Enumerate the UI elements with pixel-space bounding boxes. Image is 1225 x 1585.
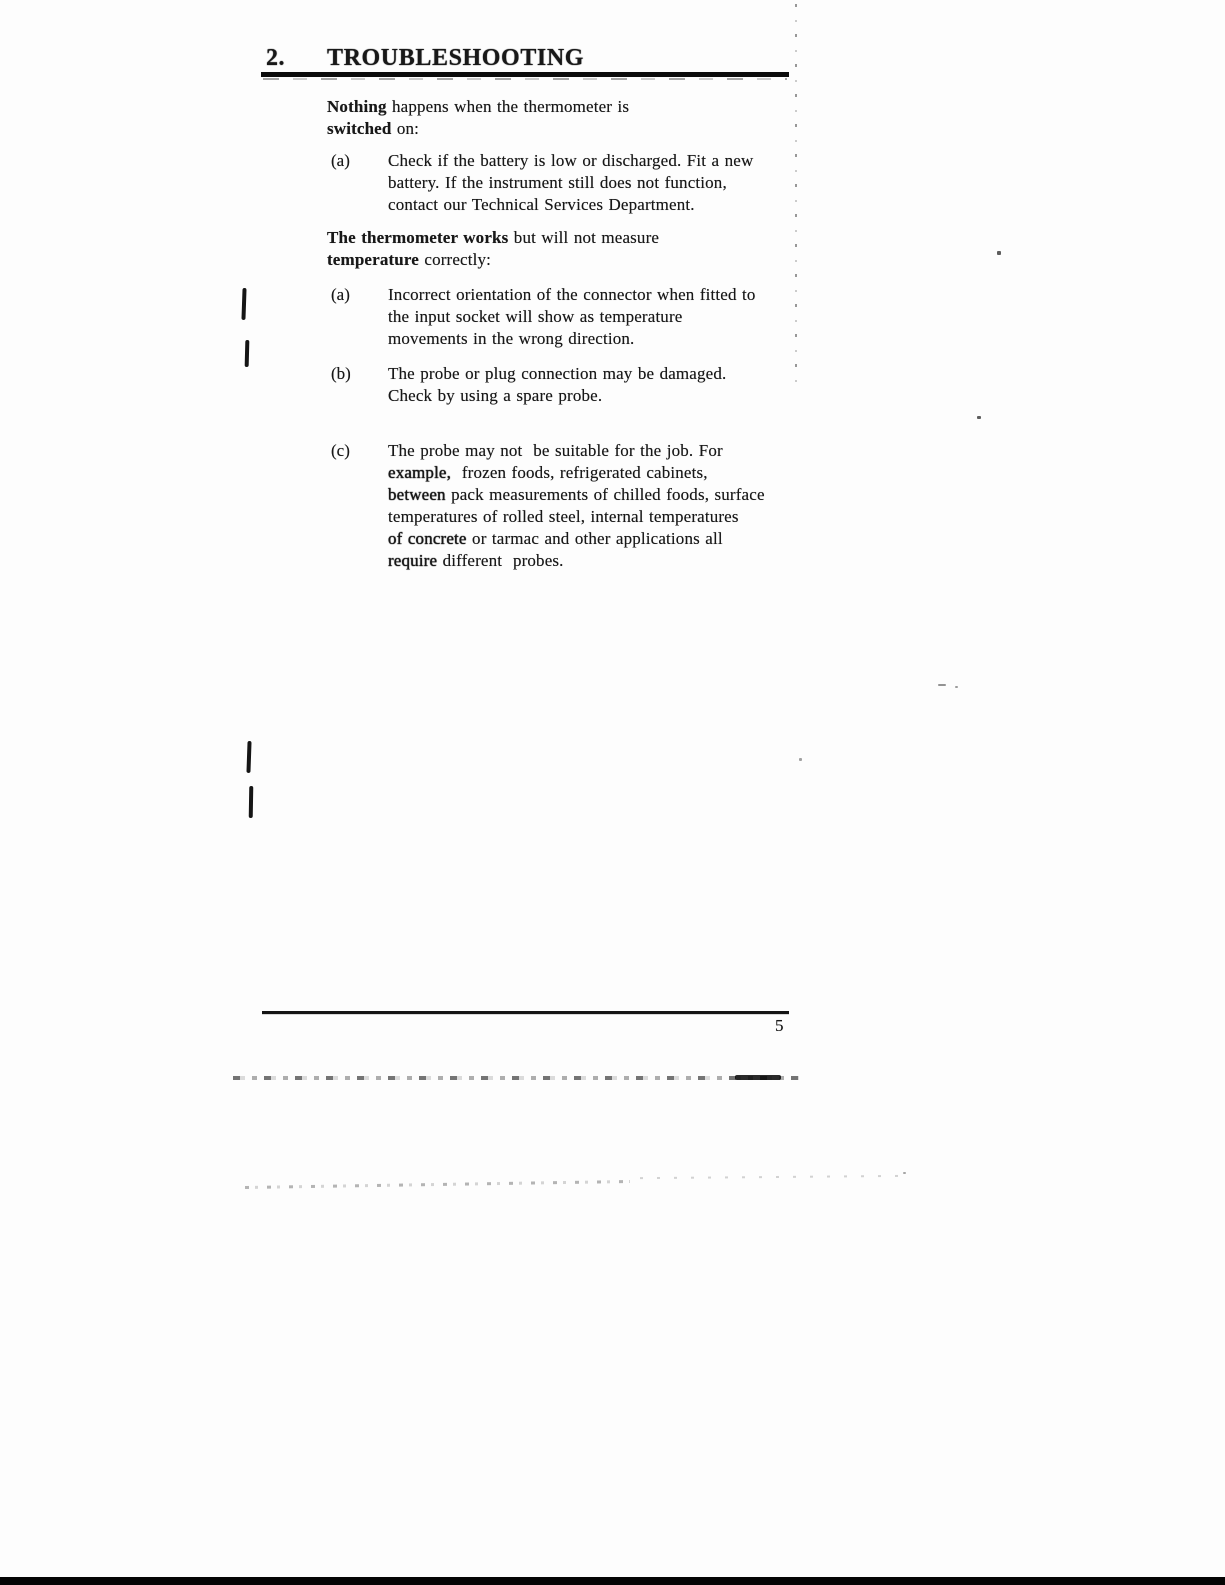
scan-noise-line-dark-segment: [735, 1075, 781, 1080]
text-line: The thermometer works but will not measu…: [327, 227, 659, 249]
change-bar-mark: [246, 741, 251, 773]
title-underline: [261, 72, 789, 77]
page-number: 5: [775, 1015, 784, 1037]
scan-bottom-black-bar: [0, 1577, 1225, 1585]
text-line: temperatures of rolled steel, internal t…: [388, 506, 765, 528]
section-number: 2.: [266, 45, 285, 72]
scan-speck: [799, 758, 802, 761]
item-label: (a): [331, 150, 350, 172]
text-line: Incorrect orientation of the connector w…: [388, 284, 756, 306]
symptom-no-power: Nothing happens when the thermometer iss…: [327, 96, 629, 140]
text-line: contact our Technical Services Departmen…: [388, 194, 753, 216]
item-label: (c): [331, 440, 350, 462]
scan-speck: [997, 251, 1001, 255]
item-label: (a): [331, 284, 350, 306]
text-line: between pack measurements of chilled foo…: [388, 484, 765, 506]
remedy-unsuitable-probe: (c)The probe may not be suitable for the…: [327, 440, 765, 572]
remedy-damaged-probe: (b)The probe or plug connection may be d…: [327, 363, 726, 407]
text-line: the input socket will show as temperatur…: [388, 306, 756, 328]
symptom-incorrect-measurement: The thermometer works but will not measu…: [327, 227, 659, 271]
text-line: switched on:: [327, 118, 629, 140]
text-line: require different probes.: [388, 550, 765, 572]
scan-speck: [938, 684, 946, 686]
change-bar-mark: [241, 288, 246, 320]
scan-speck: [955, 686, 958, 688]
text-line: movements in the wrong direction.: [388, 328, 756, 350]
text-line: The probe or plug connection may be dama…: [388, 363, 726, 385]
text-line: Nothing happens when the thermometer is: [327, 96, 629, 118]
change-bar-mark: [245, 340, 250, 367]
scan-noise-line: [245, 1180, 630, 1189]
text-line: Check if the battery is low or discharge…: [388, 150, 753, 172]
text-line: The probe may not be suitable for the jo…: [388, 440, 765, 462]
text-line: temperature correctly:: [327, 249, 659, 271]
remedy-battery: (a)Check if the battery is low or discha…: [327, 150, 753, 216]
scan-noise-line: [233, 1076, 799, 1080]
item-label: (b): [331, 363, 351, 385]
text-line: battery. If the instrument still does no…: [388, 172, 753, 194]
change-bar-mark: [249, 786, 254, 818]
remedy-connector-orientation: (a)Incorrect orientation of the connecto…: [327, 284, 756, 350]
section-title: TROUBLESHOOTING: [327, 45, 584, 72]
scan-speck: [977, 416, 981, 419]
text-line: Check by using a spare probe.: [388, 385, 726, 407]
text-line: of concrete or tarmac and other applicat…: [388, 528, 765, 550]
footer-rule: [262, 1011, 789, 1014]
scan-edge-dotted-line: [795, 4, 797, 390]
text-line: example, frozen foods, refrigerated cabi…: [388, 462, 765, 484]
scan-noise-line: [640, 1175, 910, 1179]
title-underline-fringe: [263, 78, 787, 80]
scan-speck: [903, 1172, 906, 1174]
document-page: 2. TROUBLESHOOTING Nothing happens when …: [0, 0, 1225, 1585]
